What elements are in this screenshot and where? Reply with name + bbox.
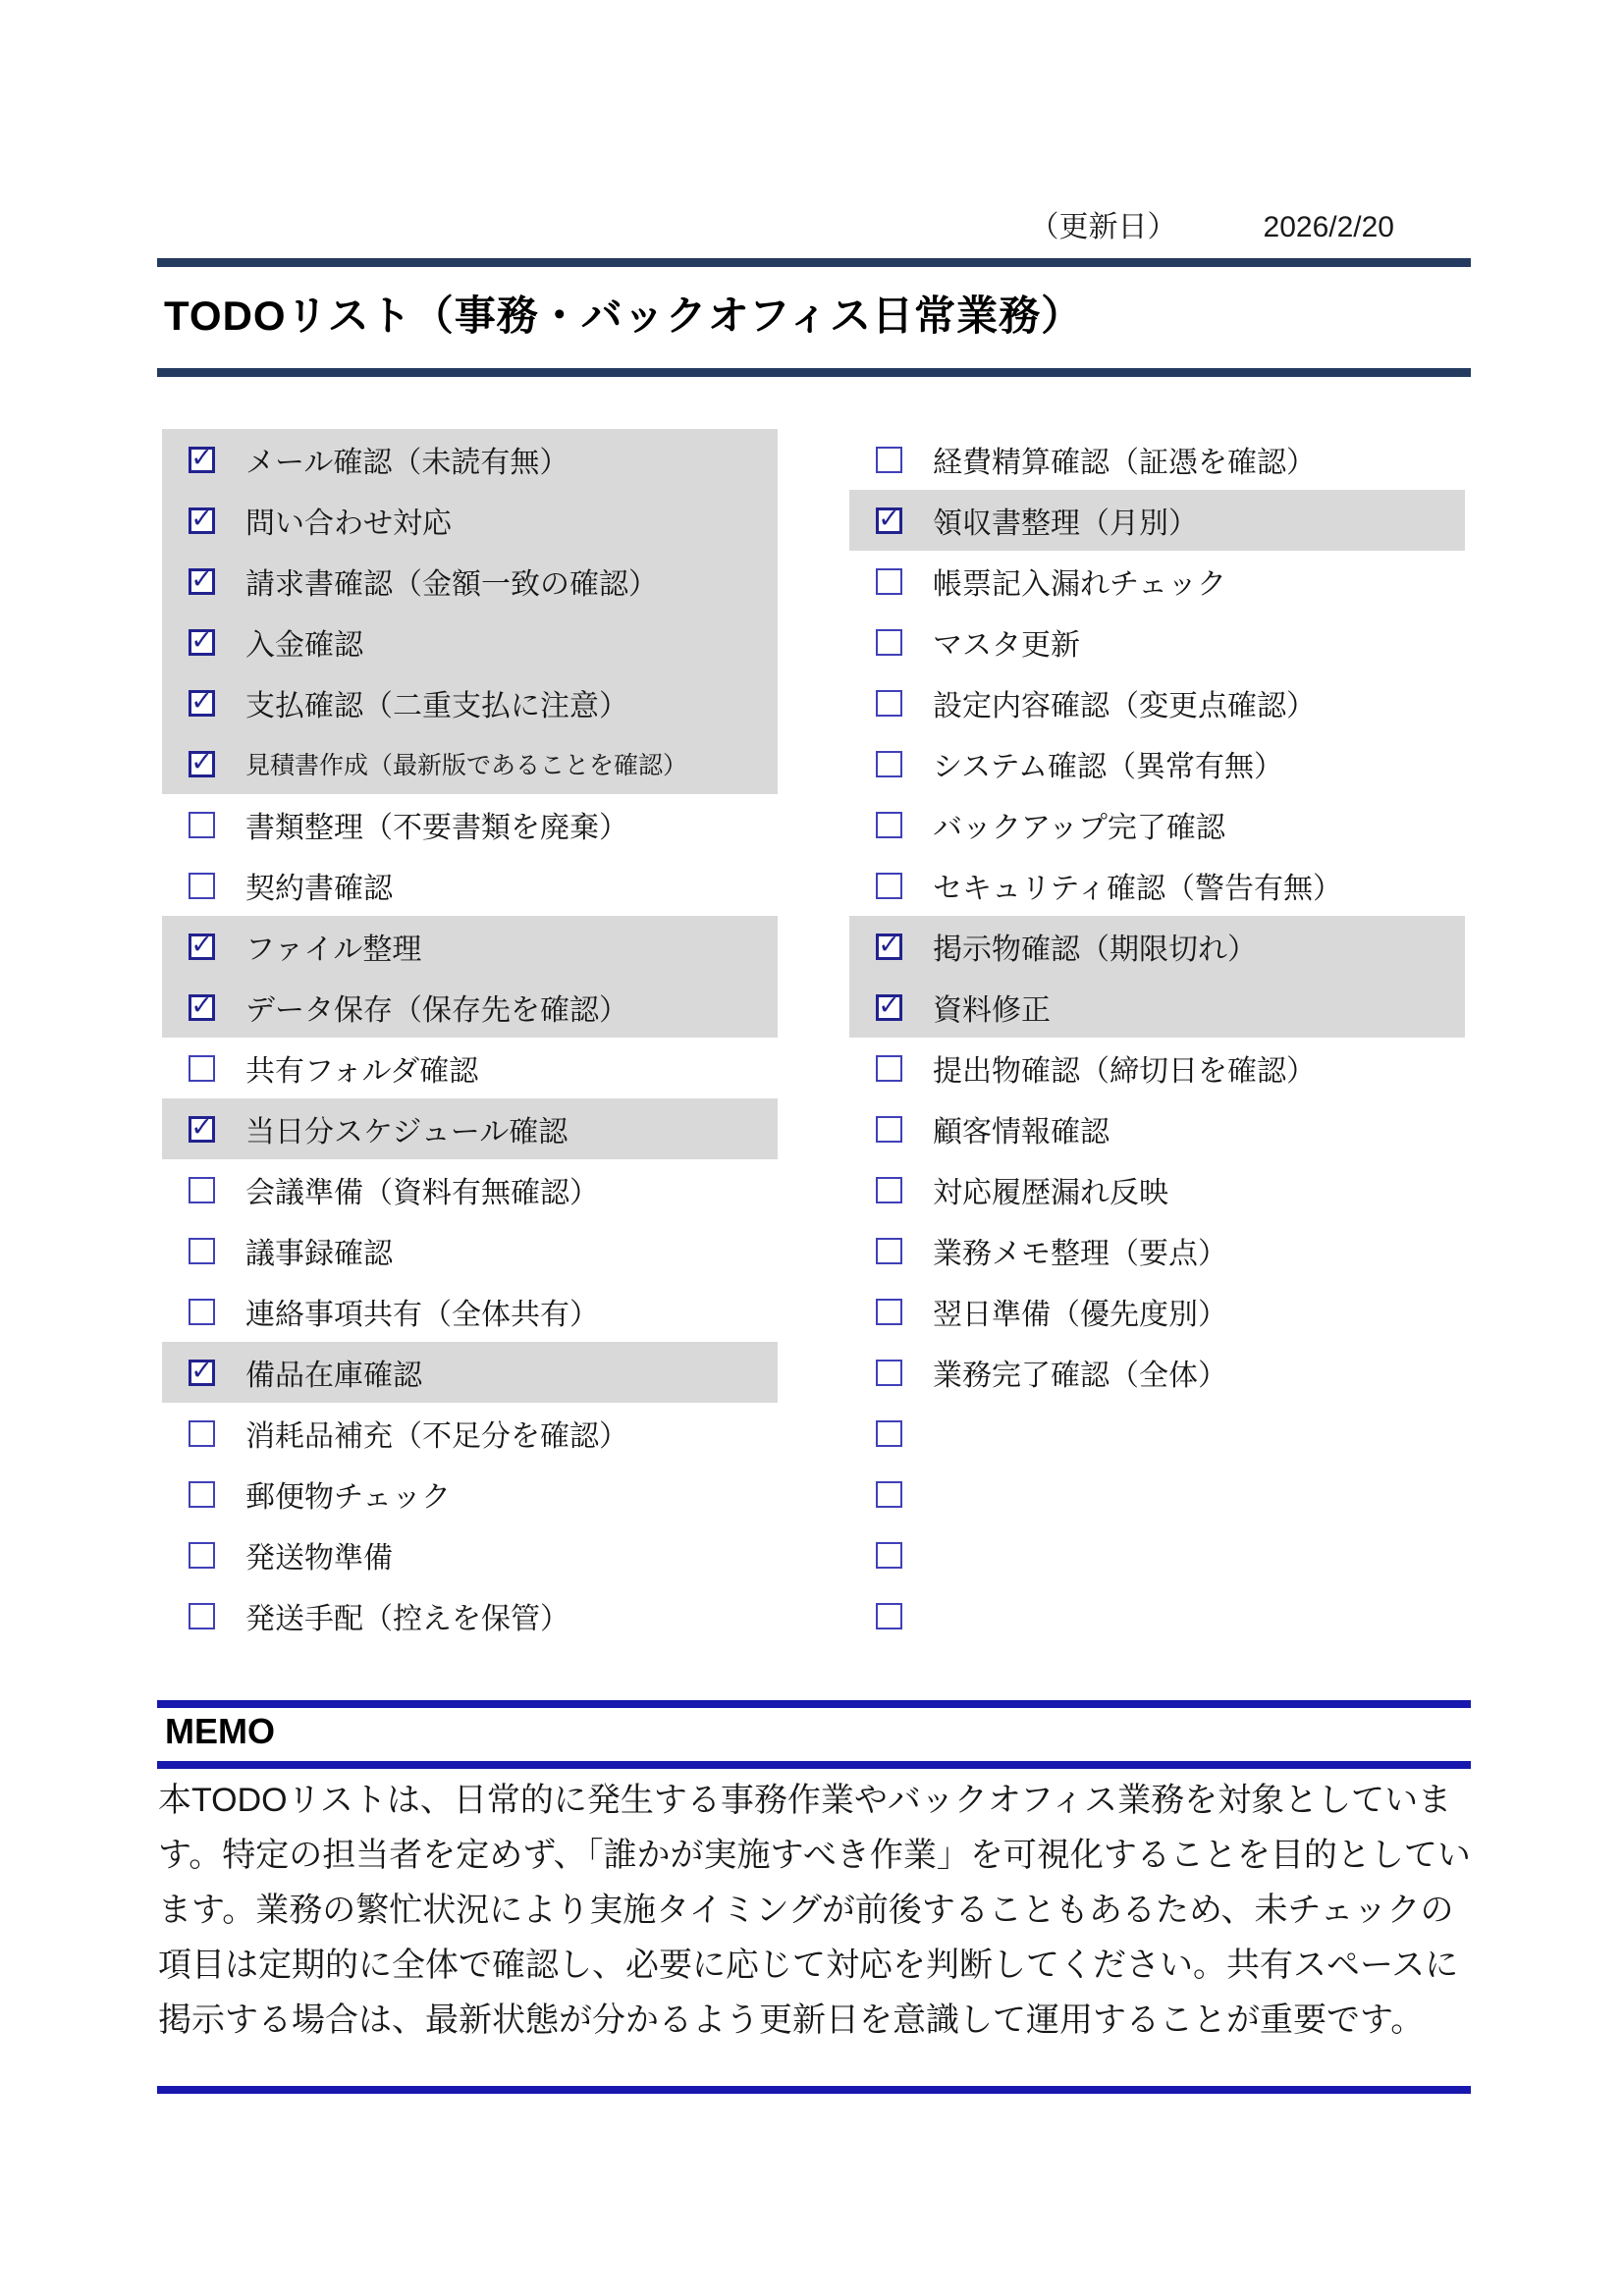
checklist-row: ✓当日分スケジュール確認 <box>162 1098 778 1159</box>
checkbox-checked[interactable]: ✓ <box>876 994 902 1021</box>
checklist-left-column: ✓メール確認（未読有無）✓問い合わせ対応✓請求書確認（金額一致の確認）✓入金確認… <box>162 429 778 1646</box>
task-label: ファイル整理 <box>245 925 421 968</box>
checklist-row: 業務メモ整理（要点） <box>849 1220 1465 1281</box>
task-label: マスタ更新 <box>933 620 1080 664</box>
task-label: 入金確認 <box>245 620 363 664</box>
task-label: 郵便物チェック <box>245 1472 451 1516</box>
task-label: 帳票記入漏れチェック <box>933 560 1226 603</box>
checklist-row: 契約書確認 <box>162 855 778 916</box>
checkbox-unchecked[interactable] <box>876 1116 902 1143</box>
check-icon: ✓ <box>190 445 213 471</box>
task-label: 備品在庫確認 <box>245 1351 422 1394</box>
check-icon: ✓ <box>190 1358 213 1384</box>
task-label: 発送手配（控えを保管） <box>245 1594 569 1637</box>
check-icon: ✓ <box>190 688 213 715</box>
checkbox-unchecked[interactable] <box>876 1055 902 1082</box>
checklist-row: ✓支払確認（二重支払に注意） <box>162 672 778 733</box>
updated-date-label: （更新日） <box>1030 202 1177 245</box>
checkbox-unchecked[interactable] <box>189 1603 215 1629</box>
task-label: 見積書作成（最新版であることを確認） <box>245 746 687 781</box>
task-label: セキュリティ確認（警告有無） <box>933 864 1342 907</box>
header-divider-top <box>157 258 1471 267</box>
task-label: 支払確認（二重支払に注意） <box>245 681 628 724</box>
task-label: データ保存（保存先を確認） <box>245 986 628 1029</box>
checkbox-unchecked[interactable] <box>876 873 902 899</box>
checkbox-checked[interactable]: ✓ <box>189 629 215 656</box>
updated-date-row: （更新日） 2026/2/20 <box>157 202 1394 245</box>
checkbox-checked[interactable]: ✓ <box>189 934 215 960</box>
task-label: 翌日準備（優先度別） <box>933 1290 1227 1333</box>
task-label: 対応履歴漏れ反映 <box>933 1168 1168 1211</box>
checkbox-unchecked[interactable] <box>876 812 902 838</box>
checkbox-unchecked[interactable] <box>876 1360 902 1386</box>
checklist-row: 共有フォルダ確認 <box>162 1038 778 1098</box>
checklist-row: ✓資料修正 <box>849 977 1465 1038</box>
memo-body: 本TODOリストは、日常的に発生する事務作業やバックオフィス業務を対象としていま… <box>158 1773 1479 2048</box>
check-icon: ✓ <box>190 506 213 532</box>
checklist-row: 連絡事項共有（全体共有） <box>162 1281 778 1342</box>
task-label: 領収書整理（月別） <box>933 499 1198 542</box>
checkbox-checked[interactable]: ✓ <box>189 568 215 595</box>
checkbox-unchecked[interactable] <box>189 1481 215 1508</box>
checklist-row: 提出物確認（締切日を確認） <box>849 1038 1465 1098</box>
checkbox-unchecked[interactable] <box>189 1055 215 1082</box>
checklist-row: 顧客情報確認 <box>849 1098 1465 1159</box>
checkbox-unchecked[interactable] <box>189 1542 215 1569</box>
check-icon: ✓ <box>190 749 213 775</box>
memo-heading: MEMO <box>165 1711 275 1752</box>
checkbox-unchecked[interactable] <box>189 812 215 838</box>
checkbox-unchecked[interactable] <box>189 1177 215 1203</box>
check-icon: ✓ <box>878 932 900 958</box>
task-label: 設定内容確認（変更点確認） <box>933 681 1316 724</box>
checkbox-checked[interactable]: ✓ <box>189 1360 215 1386</box>
checkbox-unchecked[interactable] <box>876 1177 902 1203</box>
checklist-row: ✓見積書作成（最新版であることを確認） <box>162 733 778 794</box>
checkbox-checked[interactable]: ✓ <box>189 447 215 473</box>
checklist-row: ✓入金確認 <box>162 612 778 672</box>
checkbox-unchecked[interactable] <box>876 568 902 595</box>
task-label: 会議準備（資料有無確認） <box>245 1168 599 1211</box>
checkbox-unchecked[interactable] <box>876 751 902 777</box>
checklist-row: マスタ更新 <box>849 612 1465 672</box>
checklist-row <box>849 1524 1465 1585</box>
task-label: 書類整理（不要書類を廃棄） <box>245 803 628 846</box>
checkbox-unchecked[interactable] <box>189 873 215 899</box>
checklist-row: ✓備品在庫確認 <box>162 1342 778 1403</box>
check-icon: ✓ <box>878 506 900 532</box>
checklist-row: システム確認（異常有無） <box>849 733 1465 794</box>
memo-divider-top <box>157 1700 1471 1708</box>
checklist-row: セキュリティ確認（警告有無） <box>849 855 1465 916</box>
task-label: 業務メモ整理（要点） <box>933 1229 1227 1272</box>
check-icon: ✓ <box>190 1114 213 1141</box>
checklist-right-column: 経費精算確認（証憑を確認）✓領収書整理（月別）帳票記入漏れチェックマスタ更新設定… <box>849 429 1465 1646</box>
checklist-row: ✓領収書整理（月別） <box>849 490 1465 551</box>
checklist-row: 帳票記入漏れチェック <box>849 551 1465 612</box>
task-label: バックアップ完了確認 <box>933 803 1225 846</box>
task-label: 議事録確認 <box>245 1229 393 1272</box>
checklist-row <box>849 1464 1465 1524</box>
updated-date-value: 2026/2/20 <box>1264 211 1394 244</box>
check-icon: ✓ <box>190 566 213 593</box>
checklist-row: ✓問い合わせ対応 <box>162 490 778 551</box>
document-page: （更新日） 2026/2/20 TODOリスト（事務・バックオフィス日常業務） … <box>0 0 1624 2296</box>
checklist: ✓メール確認（未読有無）✓問い合わせ対応✓請求書確認（金額一致の確認）✓入金確認… <box>162 429 1465 1646</box>
checkbox-unchecked[interactable] <box>189 1420 215 1447</box>
task-label: 連絡事項共有（全体共有） <box>245 1290 599 1333</box>
checkbox-checked[interactable]: ✓ <box>876 507 902 534</box>
checkbox-unchecked[interactable] <box>876 629 902 656</box>
task-label: 発送物準備 <box>245 1533 393 1576</box>
checkbox-checked[interactable]: ✓ <box>189 751 215 777</box>
checkbox-unchecked[interactable] <box>876 1481 902 1508</box>
task-label: 経費精算確認（証憑を確認） <box>933 438 1316 481</box>
memo-divider-middle <box>157 1761 1471 1769</box>
checkbox-unchecked[interactable] <box>876 1238 902 1264</box>
checkbox-unchecked[interactable] <box>876 1603 902 1629</box>
checkbox-unchecked[interactable] <box>189 1238 215 1264</box>
checklist-row: 業務完了確認（全体） <box>849 1342 1465 1403</box>
checklist-row: 郵便物チェック <box>162 1464 778 1524</box>
checklist-row: ✓掲示物確認（期限切れ） <box>849 916 1465 977</box>
task-label: 提出物確認（締切日を確認） <box>933 1046 1316 1090</box>
checklist-row: 対応履歴漏れ反映 <box>849 1159 1465 1220</box>
task-label: 契約書確認 <box>245 864 393 907</box>
task-label: 資料修正 <box>933 986 1051 1029</box>
checkbox-unchecked[interactable] <box>876 447 902 473</box>
task-label: 掲示物確認（期限切れ） <box>933 925 1257 968</box>
checklist-row: 設定内容確認（変更点確認） <box>849 672 1465 733</box>
checkbox-unchecked[interactable] <box>876 1542 902 1569</box>
checklist-row: ✓請求書確認（金額一致の確認） <box>162 551 778 612</box>
checklist-row <box>849 1585 1465 1646</box>
checkbox-checked[interactable]: ✓ <box>189 1116 215 1143</box>
checklist-row: バックアップ完了確認 <box>849 794 1465 855</box>
checklist-row: 消耗品補充（不足分を確認） <box>162 1403 778 1464</box>
checklist-row: 書類整理（不要書類を廃棄） <box>162 794 778 855</box>
checkbox-unchecked[interactable] <box>876 1420 902 1447</box>
checklist-row: 発送物準備 <box>162 1524 778 1585</box>
task-label: 当日分スケジュール確認 <box>245 1107 568 1150</box>
check-icon: ✓ <box>190 932 213 958</box>
checklist-row: ✓メール確認（未読有無） <box>162 429 778 490</box>
check-icon: ✓ <box>190 992 213 1019</box>
checkbox-checked[interactable]: ✓ <box>189 507 215 534</box>
task-label: 請求書確認（金額一致の確認） <box>245 560 658 603</box>
checkbox-checked[interactable]: ✓ <box>189 994 215 1021</box>
checklist-row: 経費精算確認（証憑を確認） <box>849 429 1465 490</box>
checkbox-checked[interactable]: ✓ <box>189 690 215 717</box>
task-label: 共有フォルダ確認 <box>245 1046 478 1090</box>
page-title: TODOリスト（事務・バックオフィス日常業務） <box>164 284 1083 343</box>
checklist-row <box>849 1403 1465 1464</box>
checklist-row: ✓データ保存（保存先を確認） <box>162 977 778 1038</box>
checkbox-checked[interactable]: ✓ <box>876 934 902 960</box>
checkbox-unchecked[interactable] <box>189 1299 215 1325</box>
checkbox-unchecked[interactable] <box>876 1299 902 1325</box>
checklist-row: 発送手配（控えを保管） <box>162 1585 778 1646</box>
check-icon: ✓ <box>190 627 213 654</box>
task-label: 業務完了確認（全体） <box>933 1351 1227 1394</box>
task-label: 顧客情報確認 <box>933 1107 1110 1150</box>
checkbox-unchecked[interactable] <box>876 690 902 717</box>
task-label: 消耗品補充（不足分を確認） <box>245 1412 628 1455</box>
checklist-row: 翌日準備（優先度別） <box>849 1281 1465 1342</box>
check-icon: ✓ <box>878 992 900 1019</box>
checklist-row: 会議準備（資料有無確認） <box>162 1159 778 1220</box>
checklist-row: ✓ファイル整理 <box>162 916 778 977</box>
memo-divider-bottom <box>157 2086 1471 2094</box>
task-label: メール確認（未読有無） <box>245 438 568 481</box>
checklist-row: 議事録確認 <box>162 1220 778 1281</box>
task-label: 問い合わせ対応 <box>245 499 452 542</box>
header-divider-bottom <box>157 368 1471 377</box>
task-label: システム確認（異常有無） <box>933 742 1283 785</box>
